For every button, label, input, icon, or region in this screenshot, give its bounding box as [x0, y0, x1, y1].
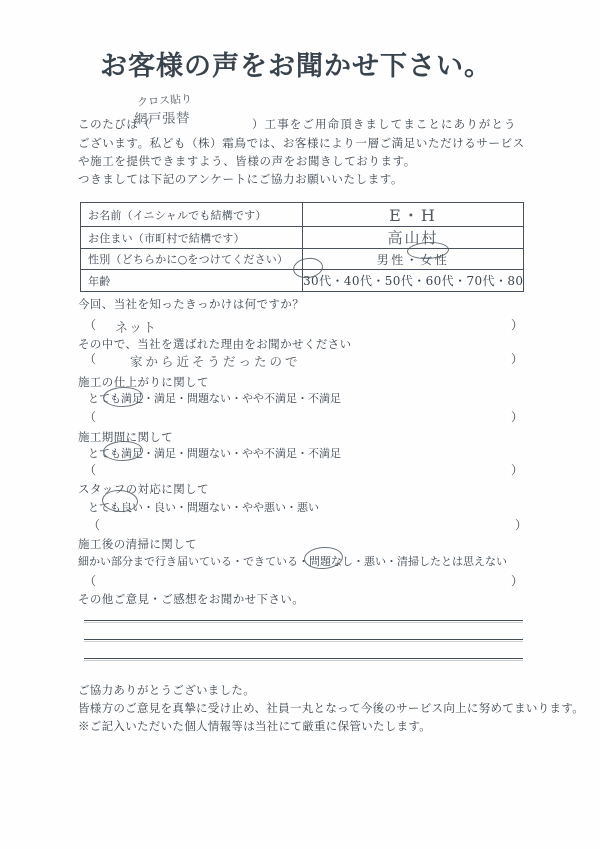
close-paren: ） [511, 408, 523, 425]
close-paren: ） [515, 516, 527, 533]
open-paren: （ [84, 408, 96, 425]
handwritten-name: E・H [389, 206, 437, 225]
open-paren: （ [84, 350, 96, 367]
handwritten-source-answer: ネット [115, 317, 157, 336]
footer-privacy-note: ※ご記入いただいた個人情報等は当社にて厳重に保管いたします。 [78, 718, 431, 734]
open-paren: （ [84, 461, 96, 478]
intro-line-2: ございます。私ども（株）霜鳥では、お客様により一層ご満足いただけるサービス [78, 135, 525, 151]
footer-pledge: 皆様方のご意見を真摯に受け止め、社員一丸となって今後のサービス向上に努めてまいり… [78, 700, 584, 716]
open-paren: （ [84, 316, 96, 333]
staff-comment-row: （ ） [84, 516, 527, 531]
close-paren: ） [511, 350, 523, 367]
intro-line-3: や施工を提供できますよう、皆様の声をお聞きしております。 [78, 153, 416, 169]
cleaning-comment-row: （ ） [80, 572, 523, 587]
comment-rule-line-2 [84, 639, 523, 640]
age-options: 30代・40代・50代・60代・70代・80代 [303, 270, 524, 292]
period-comment-row: （ ） [80, 461, 523, 476]
open-paren: （ [88, 516, 100, 533]
table-row-name: お名前（イニシャルでも結構です） E・H [81, 203, 524, 227]
questionnaire-sheet: お客様の声をお聞かせ下さい。 このたびは（ クロス貼り 網戸張替 ）工事をご用命… [0, 0, 600, 849]
close-paren: ） [511, 572, 523, 589]
residence-label: お住まい（市町村で結構です） [81, 227, 303, 249]
table-row-residence: お住まい（市町村で結構です） 高山村 [81, 227, 524, 249]
question-other-label: その他ご意見・ご感想をお聞かせ下さい。 [78, 591, 304, 607]
page-title: お客様の声をお聞かせ下さい。 [100, 44, 492, 83]
cleaning-options: 細かい部分まで行き届いている・できている・問題なし・悪い・清掃したとは思えない [78, 553, 507, 569]
open-paren: （ [84, 572, 96, 589]
question-reason-answer-row: （ 家から近そうだったので ） [80, 350, 523, 365]
question-finish-label: 施工の仕上がりに関して [78, 374, 209, 390]
gender-label: 性別（どちらかに○をつけてください） [81, 249, 303, 270]
intro-line1-suffix: ）工事をご用命頂きましてまことにありがとう [252, 116, 517, 132]
comment-rule-line-1 [84, 620, 523, 621]
age-label: 年齢 [81, 270, 303, 292]
comment-rule-line-3 [84, 658, 523, 659]
finish-comment-row: （ ） [80, 408, 523, 423]
close-paren: ） [511, 461, 523, 478]
question-source-answer-row: （ ネット ） [80, 316, 523, 331]
name-value: E・H [303, 203, 524, 227]
intro-line-4: つきましては下記のアンケートにご協力お願いいたします。 [78, 171, 403, 187]
question-cleaning-label: 施工後の清掃に関して [78, 536, 197, 552]
handwritten-reason-answer: 家から近そうだったので [130, 352, 301, 370]
name-label: お名前（イニシャルでも結構です） [81, 203, 303, 227]
profile-table: お名前（イニシャルでも結構です） E・H お住まい（市町村で結構です） 高山村 … [80, 202, 524, 292]
footer-thanks: ご協力ありがとうございました。 [78, 682, 255, 698]
question-source-label: 今回、当社を知ったきっかけは何ですか？ [78, 296, 304, 312]
close-paren: ） [511, 316, 523, 333]
handwritten-worktype-line2: 網戸張替 [134, 107, 190, 128]
question-staff-label: スタッフの対応に関して [78, 481, 209, 497]
